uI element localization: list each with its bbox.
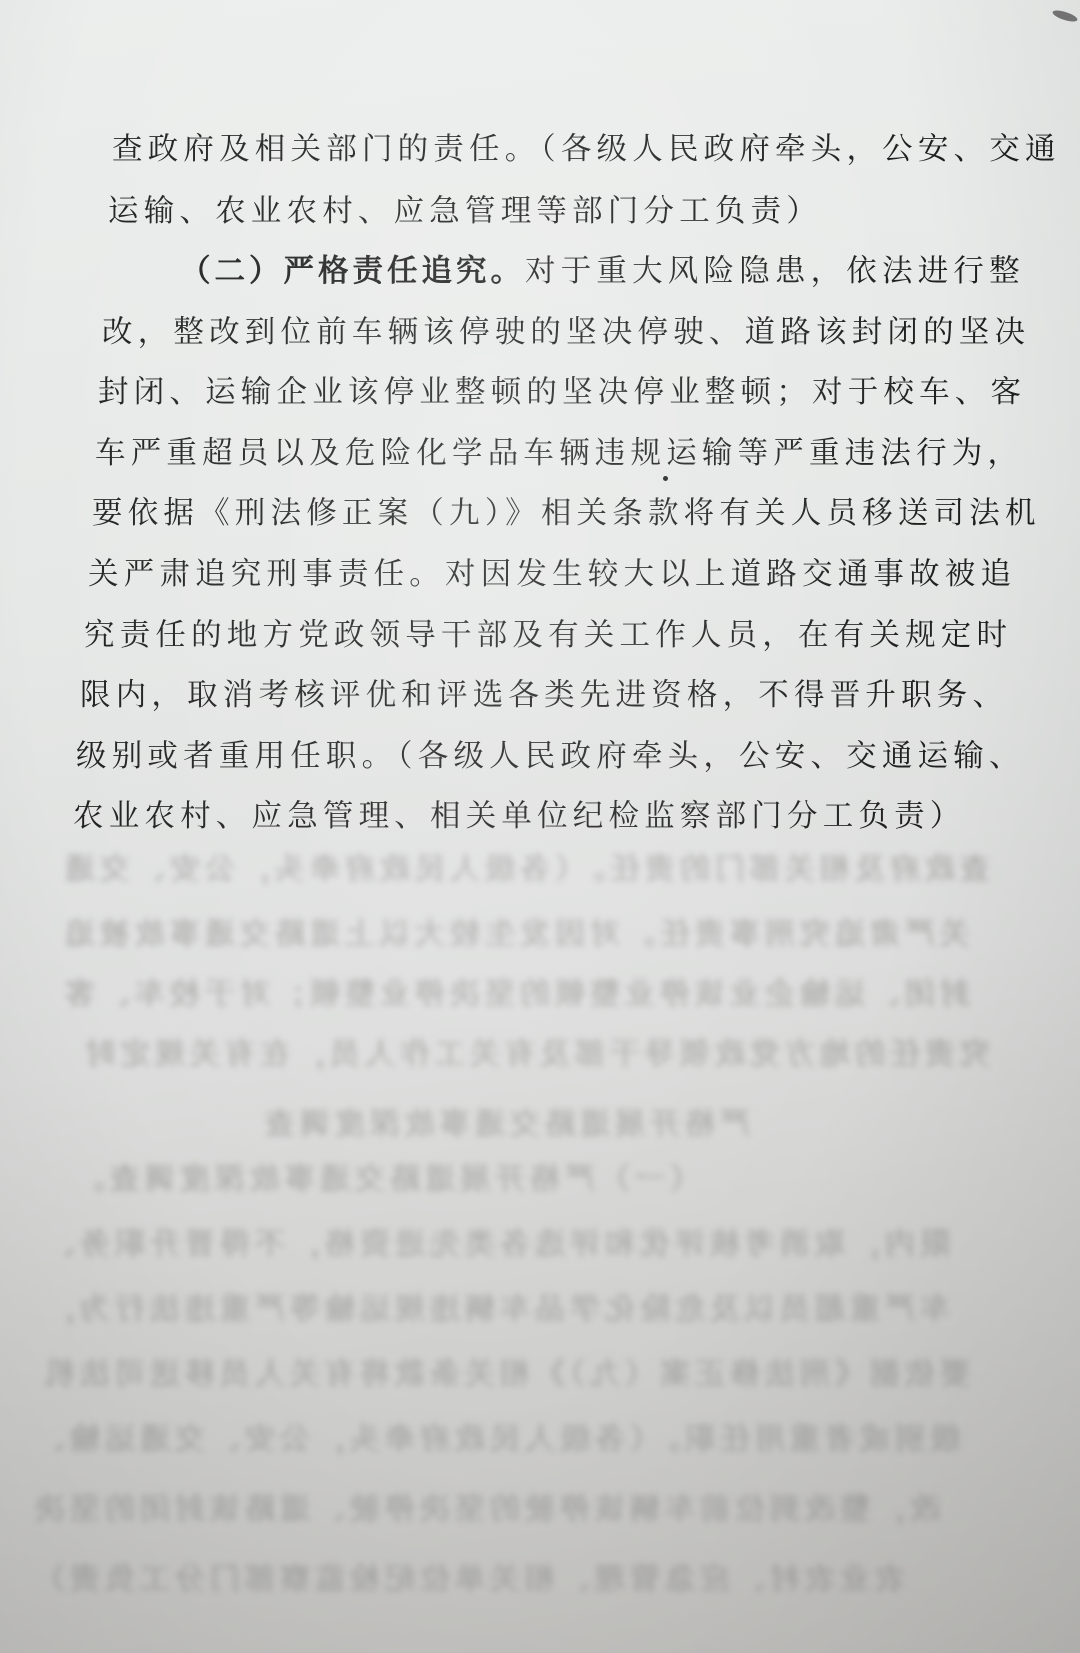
bleed-through-text: 查政府及相关部门的责任。（各级人民政府牵头，公安、交通 xyxy=(60,850,990,890)
section-heading-continuation: 对于重大风险隐患，依法进行整 xyxy=(525,254,1025,289)
bleed-through-text: 限内，取消考核评优和评选各类先进资格，不得晋升职务、 xyxy=(40,1225,950,1265)
body-text-line: 车严重超员以及危险化学品车辆违规运输等严重违法行为， xyxy=(95,434,1023,474)
bleed-through-text: 严格开展道路交通事故深度调查 xyxy=(260,1105,750,1145)
bleed-through-text: 农业农村、应急管理、相关单位纪检监察部门分工负责） xyxy=(30,1560,905,1600)
section-heading-line: （二）严格责任追究。对于重大风险隐患，依法进行整 xyxy=(180,252,1025,292)
body-text-line: 运输、农业农村、应急管理等部门分工负责） xyxy=(108,192,822,232)
bleed-through-text: 级别或者重用任职。（各级人民政府牵头，公安、交通运输、 xyxy=(30,1420,960,1460)
bleed-through-text: 封闭、运输企业该停业整顿的坚决停业整顿；对于校车、客 xyxy=(60,975,970,1015)
document-page: 查政府及相关部门的责任。（各级人民政府牵头，公安、交通 关严肃追究刑事责任。对因… xyxy=(0,0,1080,1653)
bleed-through-text: 要依据《刑法修正案（九）》相关条款将有关人员移送司法机 xyxy=(40,1355,970,1395)
body-text-line: 农业农村、应急管理、相关单位纪检监察部门分工负责） xyxy=(73,797,966,837)
ink-dot xyxy=(663,476,668,481)
bleed-through-text: 究责任的地方党政领导干部及有关工作人员，在有关规定时 xyxy=(80,1035,990,1075)
bleed-through-text: 关严肃追究刑事责任。对因发生较大以上道路交通事故被追 xyxy=(60,915,970,955)
body-text-line: 改，整改到位前车辆该停驶的坚决停驶、道路该封闭的坚决 xyxy=(102,313,1030,353)
body-text-line: 查政府及相关部门的责任。（各级人民政府牵头，公安、交通 xyxy=(112,130,1061,170)
body-text-line: 究责任的地方党政领导干部及有关工作人员，在有关规定时 xyxy=(84,616,1012,656)
body-text-line: 级别或者重用任职。（各级人民政府牵头，公安、交通运输、 xyxy=(76,737,1025,777)
section-heading: （二）严格责任追究。 xyxy=(180,254,525,289)
body-text-line: 要依据《刑法修正案（九）》相关条款将有关人员移送司法机 xyxy=(92,494,1041,534)
body-text-line: 限内，取消考核评优和评选各类先进资格，不得晋升职务、 xyxy=(80,676,1008,716)
body-text-line: 封闭、运输企业该停业整顿的坚决停业整顿；对于校车、客 xyxy=(98,373,1026,413)
bleed-through-text: 车严重超员以及危险化学品车辆违规运输等严重违法行为， xyxy=(40,1290,950,1330)
bleed-through-text: 改，整改到位前车辆该停驶的坚决停驶、道路该封闭的坚决 xyxy=(30,1490,940,1530)
body-text-line: 关严肃追究刑事责任。对因发生较大以上道路交通事故被追 xyxy=(88,555,1016,595)
bleed-through-text: （一）严格开展道路交通事故深度调查。 xyxy=(70,1160,700,1200)
